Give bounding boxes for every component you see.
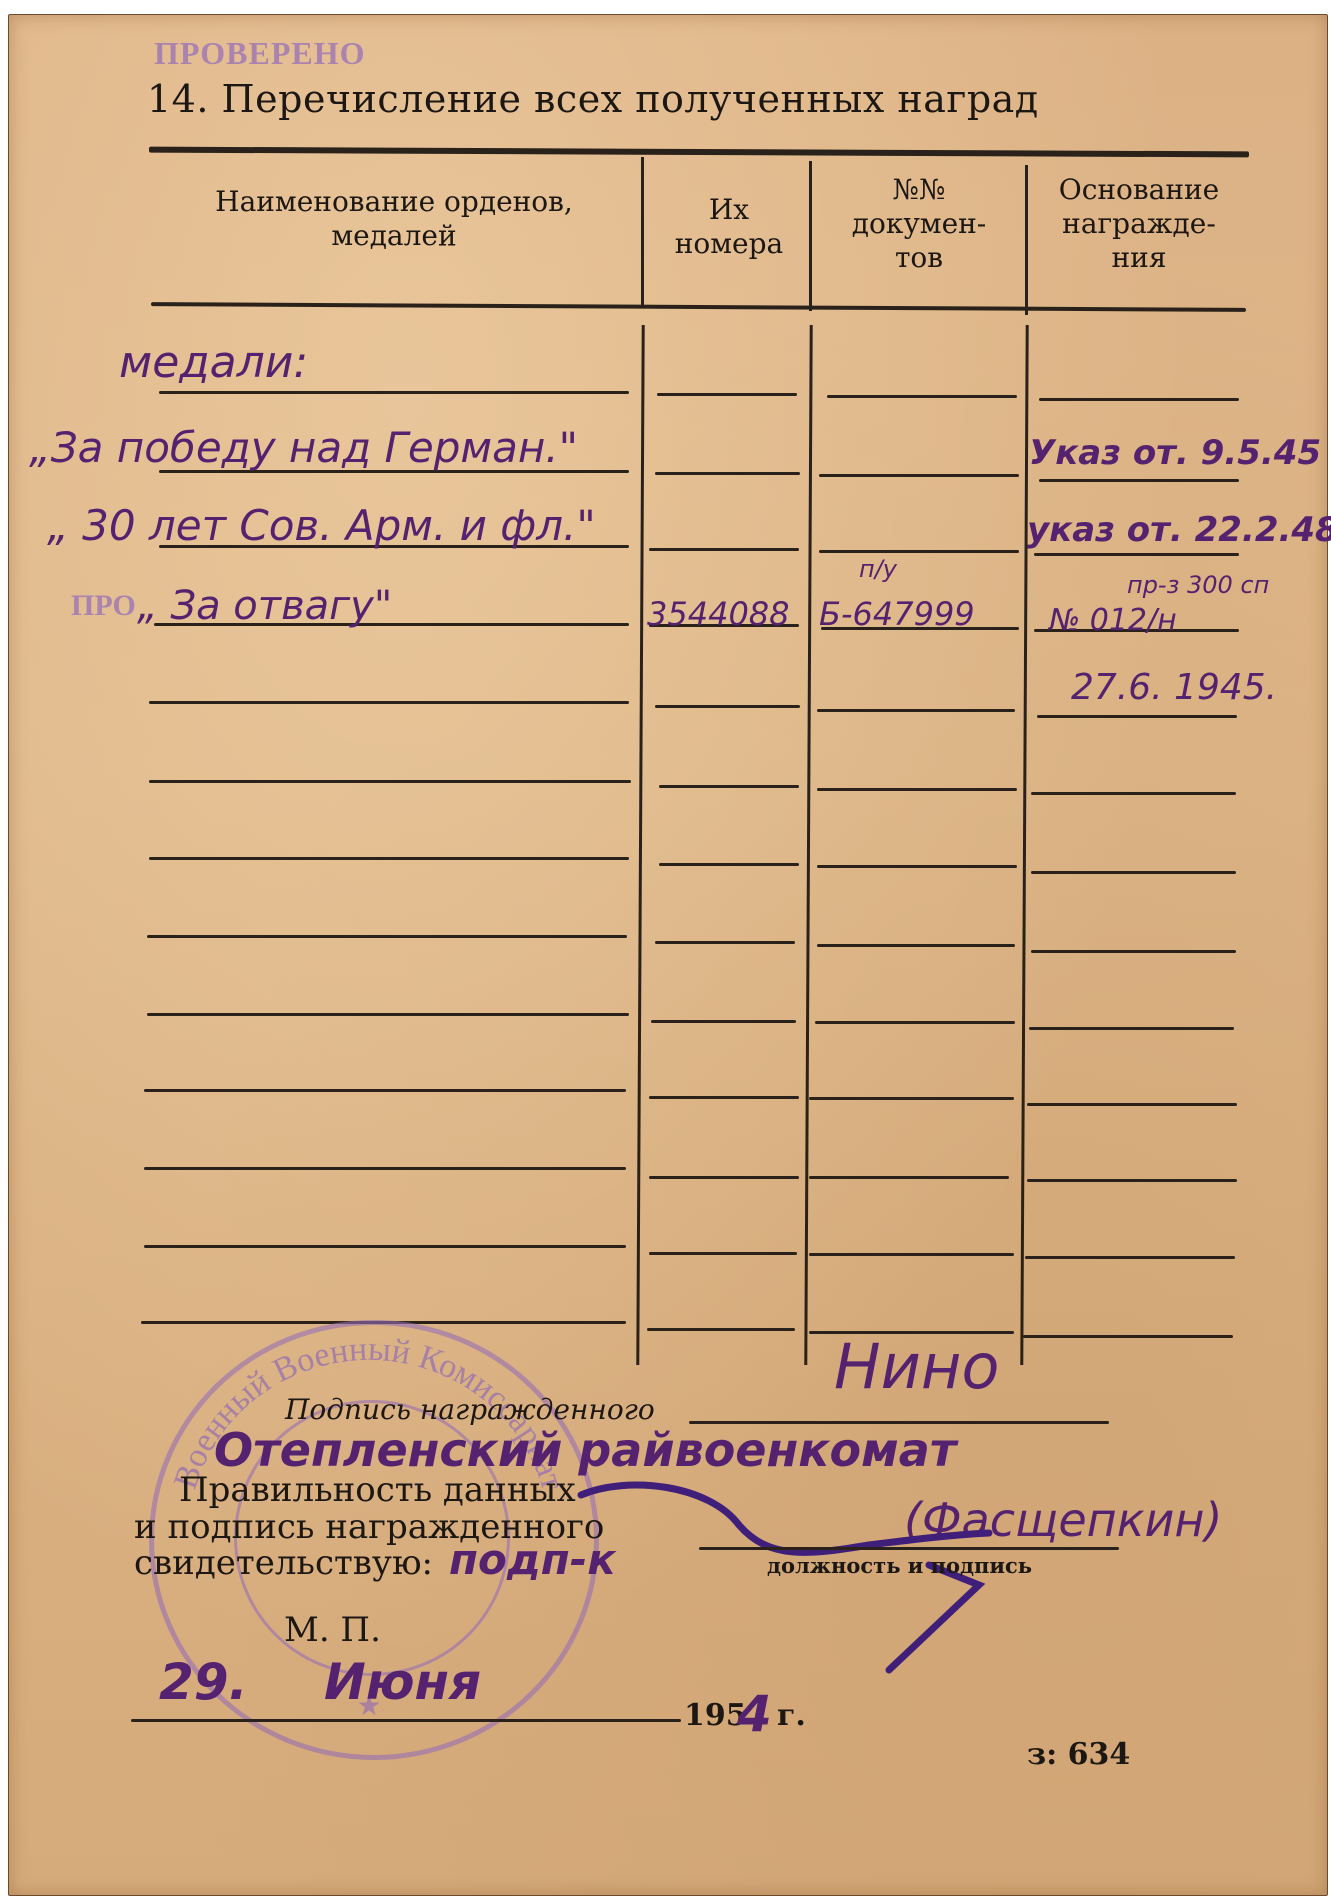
table-row-document: Б-647999 xyxy=(819,595,975,633)
side-stamp-fragment: ПРО xyxy=(71,589,136,623)
date-year-unit: г. xyxy=(777,1698,806,1733)
header-line: №№ xyxy=(819,173,1019,207)
header-line: Наименование орденов, xyxy=(169,185,619,219)
order-number: з: 634 xyxy=(1027,1737,1130,1772)
seal-mark: М. П. xyxy=(284,1610,381,1650)
verification-line-3: свидетельствую: xyxy=(134,1543,433,1583)
table-row-basis: № 012/н xyxy=(1049,603,1177,638)
header-line: докумен- xyxy=(819,207,1019,241)
table-top-rule xyxy=(149,147,1249,158)
awardee-signature-label: Подпись награжденного xyxy=(285,1393,655,1426)
header-award-name: Наименование орденов, медалей xyxy=(169,185,619,253)
column-divider xyxy=(1025,165,1028,315)
table-row-name: „ 30 лет Сов. Арм. и фл." xyxy=(47,501,596,550)
header-line: Основание xyxy=(1034,173,1244,207)
table-row-basis-date: 27.6. 1945. xyxy=(1071,667,1277,708)
header-award-numbers: Их номера xyxy=(654,193,804,261)
header-bottom-rule xyxy=(151,302,1246,312)
column-divider xyxy=(809,161,812,311)
table-row-name: медали: xyxy=(119,337,308,388)
table-row-basis: Указ от. 9.5.45 xyxy=(1029,433,1321,473)
checked-stamp: ПРОВЕРЕНО xyxy=(154,35,366,72)
column-divider xyxy=(636,325,644,1365)
position-caption: должность и подпись xyxy=(767,1553,1032,1578)
header-document-numbers: №№ докумен- тов xyxy=(819,173,1019,275)
date-month: Июня xyxy=(324,1653,481,1711)
table-row-name: „За победу над Герман." xyxy=(29,423,578,472)
position-signature-line xyxy=(699,1547,1119,1550)
header-award-basis: Основание награжде- ния xyxy=(1034,173,1244,275)
date-line xyxy=(131,1719,681,1722)
verification-line-1: Правильность данных xyxy=(179,1470,576,1510)
awardee-signature: Нино xyxy=(834,1330,999,1403)
header-line: тов xyxy=(819,241,1019,275)
table-row-document-note: п/у xyxy=(859,555,897,583)
header-line: ния xyxy=(1034,241,1244,275)
column-divider xyxy=(641,157,644,307)
header-line: Их xyxy=(654,193,804,227)
header-line: награжде- xyxy=(1034,207,1244,241)
header-line: номера xyxy=(654,227,804,261)
header-line: медалей xyxy=(169,219,619,253)
section-title: 14. Перечисление всех полученных наград xyxy=(147,77,1039,121)
date-year-suffix: 4 xyxy=(737,1685,772,1743)
document-page: ПРОВЕРЕНО 14. Перечисление всех полученн… xyxy=(8,14,1328,1896)
table-row-basis-note: пр-з 300 сп xyxy=(1127,571,1269,599)
column-divider xyxy=(804,325,812,1365)
table-row-number: 3544088 xyxy=(647,595,790,633)
date-day: 29. xyxy=(159,1653,248,1711)
column-divider xyxy=(1020,325,1028,1365)
table-row-basis: указ от. 22.2.48 xyxy=(1027,510,1331,550)
table-row-name: „ За отвагу" xyxy=(137,583,392,629)
